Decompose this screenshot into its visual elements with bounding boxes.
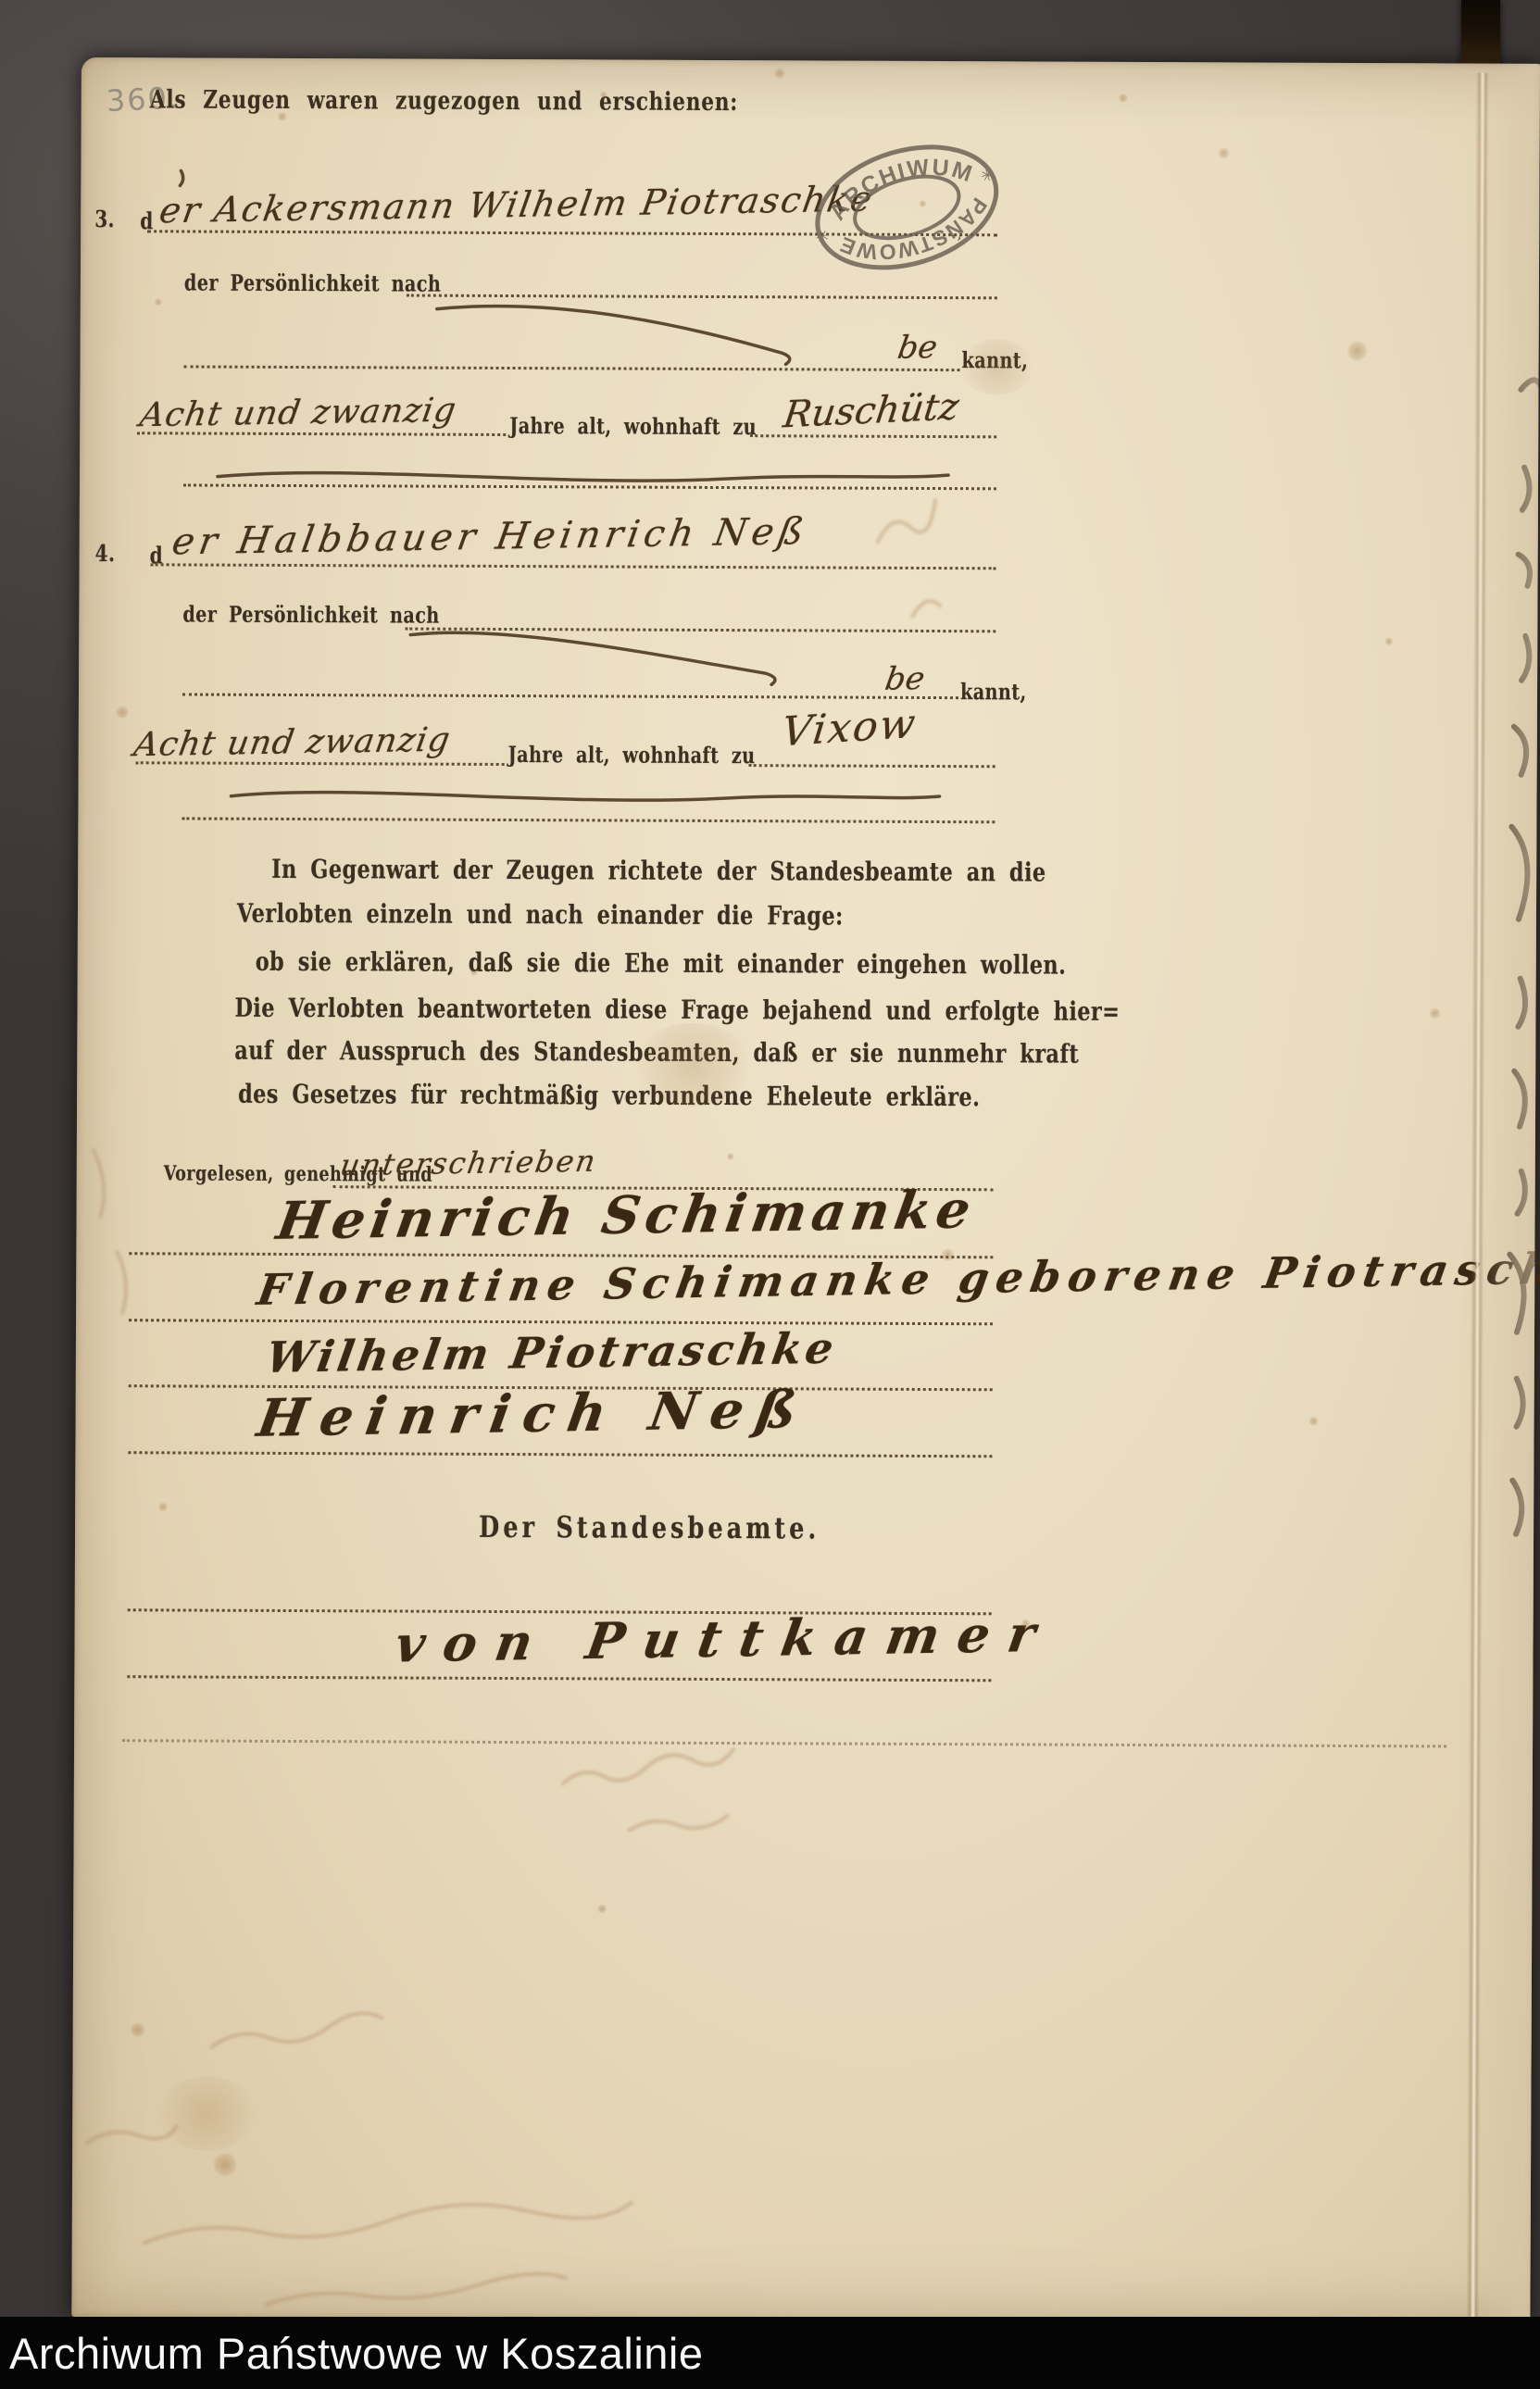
footer-bar: Archiwum Państwowe w Koszalinie (0, 2317, 1540, 2389)
footer-caption: Archiwum Państwowe w Koszalinie (0, 2328, 704, 2379)
ink-flourish-strokes (71, 57, 1540, 2323)
next-page-edge (1479, 64, 1540, 2323)
bleedthrough-marks (86, 496, 941, 2308)
scan-background: { "scan": { "pencil_page_number": "360."… (0, 0, 1540, 2389)
document-page: 360. Als Zeugen waren zugezogen und ersc… (71, 57, 1540, 2323)
